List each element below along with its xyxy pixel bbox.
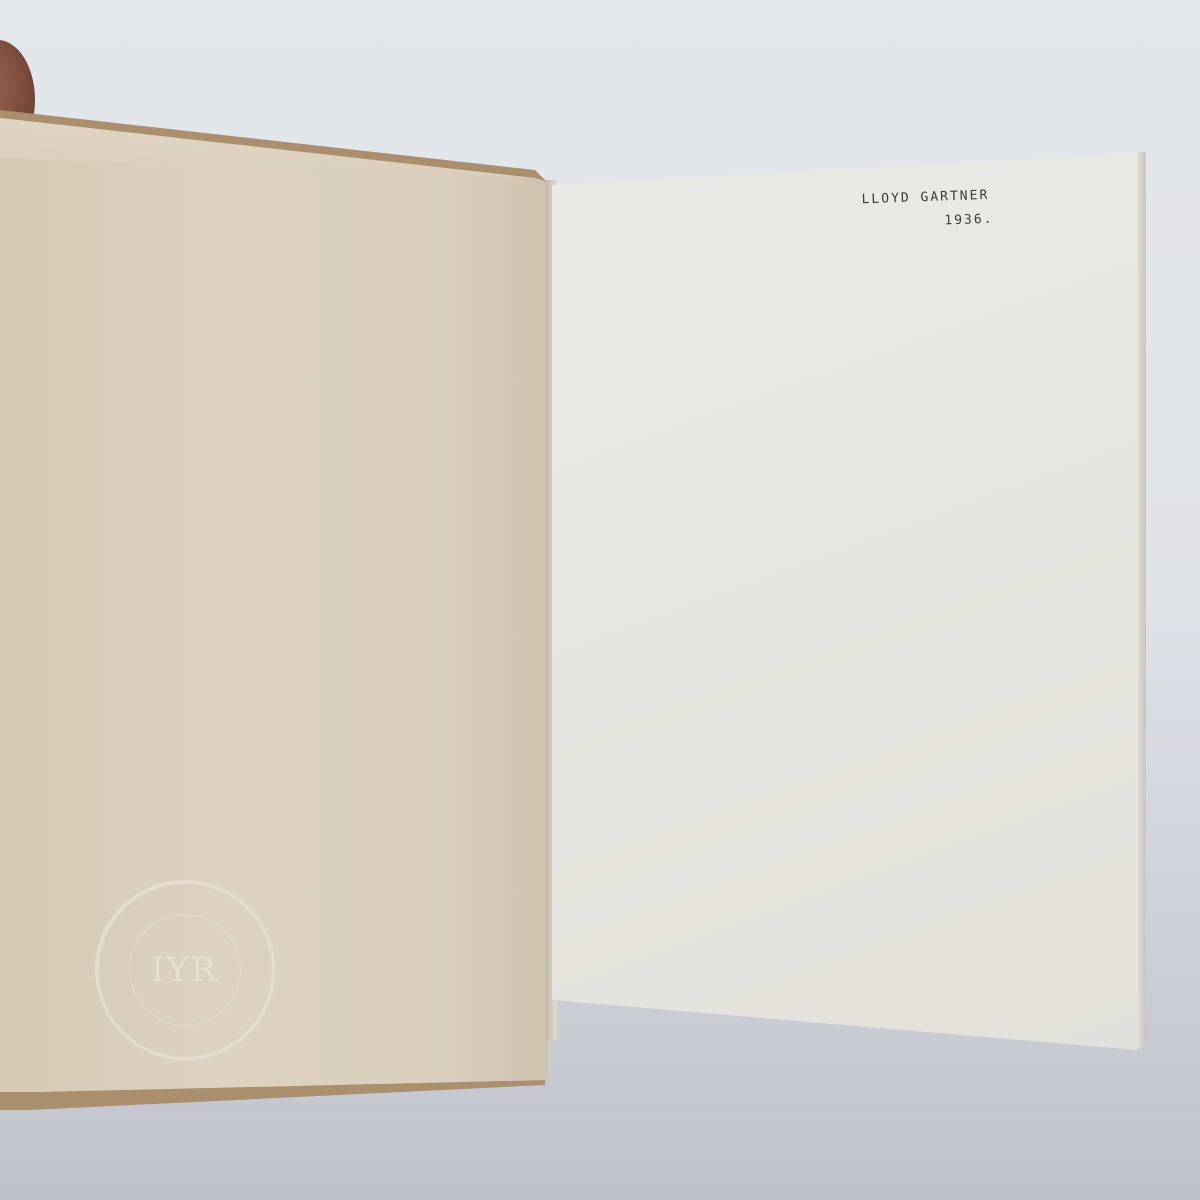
page-edge [1138, 152, 1146, 1047]
seal-monogram: IYR [129, 914, 241, 1026]
handwritten-inscription: LLOYD GARTNER 1936. [861, 184, 994, 237]
right-flyleaf [552, 150, 1152, 1070]
embossed-seal: IYR [95, 880, 274, 1059]
book-photo: LLOYD GARTNER 1936. IYR [0, 0, 1200, 1200]
inscription-year: 1936. [862, 208, 994, 237]
inscription-name: LLOYD GARTNER [861, 188, 989, 207]
